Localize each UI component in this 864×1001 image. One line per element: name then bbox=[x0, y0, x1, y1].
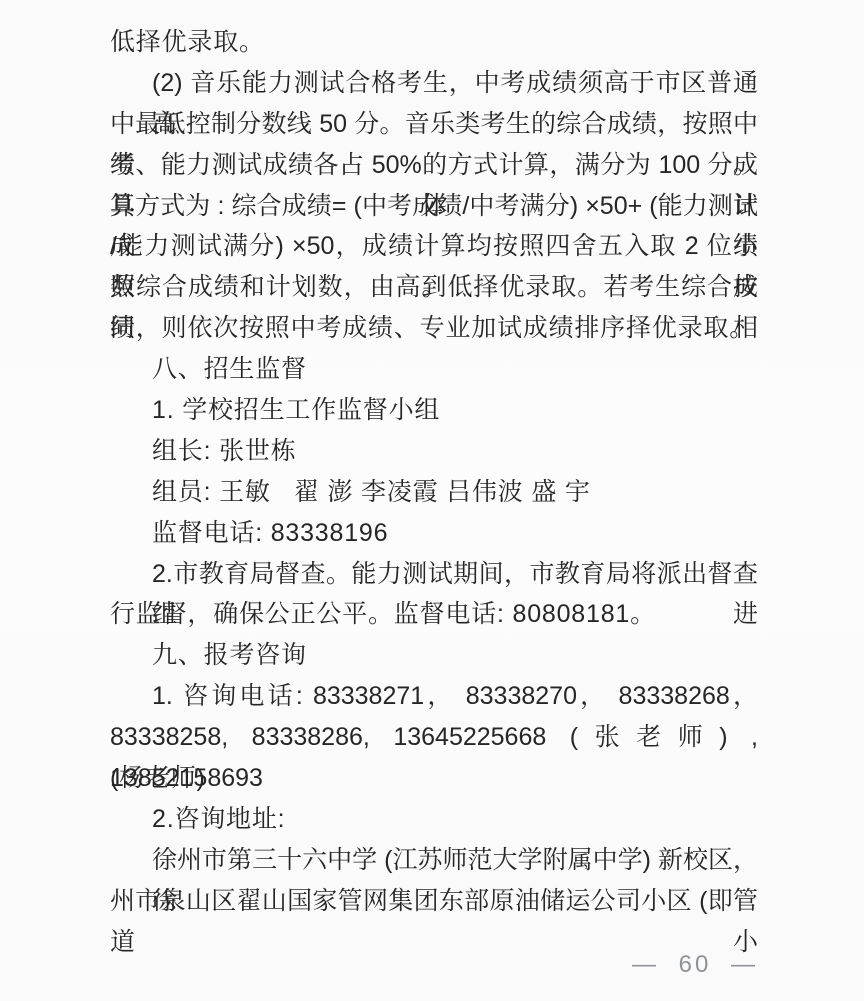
text-line: 监督电话: 83338196 bbox=[110, 513, 758, 554]
document-body: 低择优录取。(2) 音乐能力测试合格考生，中考成绩须高于市区普通高中最低控制分数… bbox=[110, 22, 758, 922]
page-footer: — 60 — bbox=[632, 951, 758, 979]
text-line: 绩、能力测试成绩各占 50%的方式计算，满分为 100 分。具体计 bbox=[110, 145, 758, 186]
text-line: 2.咨询地址: bbox=[110, 799, 758, 840]
text-line: 八、招生监督 bbox=[110, 349, 758, 390]
text-line: 低择优录取。 bbox=[110, 22, 758, 63]
text-line: 2.市教育局督查。能力测试期间，市教育局将派出督查组进 bbox=[110, 554, 758, 595]
text-line: 徐州市第三十六中学 (江苏师范大学附属中学) 新校区，徐 bbox=[110, 840, 758, 881]
text-line: 照综合成绩和计划数，由高到低择优录取。若考生综合成绩相 bbox=[110, 267, 758, 308]
text-line: 中最低控制分数线 50 分。音乐类考生的综合成绩，按照中考成 bbox=[110, 104, 758, 145]
text-line: /能力测试满分) ×50，成绩计算均按照四舍五入取 2 位小数。按 bbox=[110, 226, 758, 267]
text-line: 1. 学校招生工作监督小组 bbox=[110, 390, 758, 431]
document-page: 低择优录取。(2) 音乐能力测试合格考生，中考成绩须高于市区普通高中最低控制分数… bbox=[0, 0, 864, 1001]
text-line: 1. 咨询电话: 83338271， 83338270， 83338268， bbox=[110, 676, 758, 717]
text-line: 算方式为 : 综合成绩= (中考成绩/中考满分) ×50+ (能力测试成绩 bbox=[110, 186, 758, 227]
text-line: 组长: 张世栋 bbox=[110, 431, 758, 472]
text-line: 同，则依次按照中考成绩、专业加试成绩排序择优录取。 bbox=[110, 308, 758, 349]
text-line: 州市泉山区翟山国家管网集团东部原油储运公司小区 (即管道小 bbox=[110, 881, 758, 922]
text-line: 九、报考咨询 bbox=[110, 635, 758, 676]
text-line: (2) 音乐能力测试合格考生，中考成绩须高于市区普通高 bbox=[110, 63, 758, 104]
text-line: 83338258, 83338286, 13645225668 (张老师) , … bbox=[110, 717, 758, 758]
page-number: — 60 — bbox=[632, 951, 758, 978]
text-line: 组员: 王敏 翟 澎 李凌霞 吕伟波 盛 宇 bbox=[110, 472, 758, 513]
